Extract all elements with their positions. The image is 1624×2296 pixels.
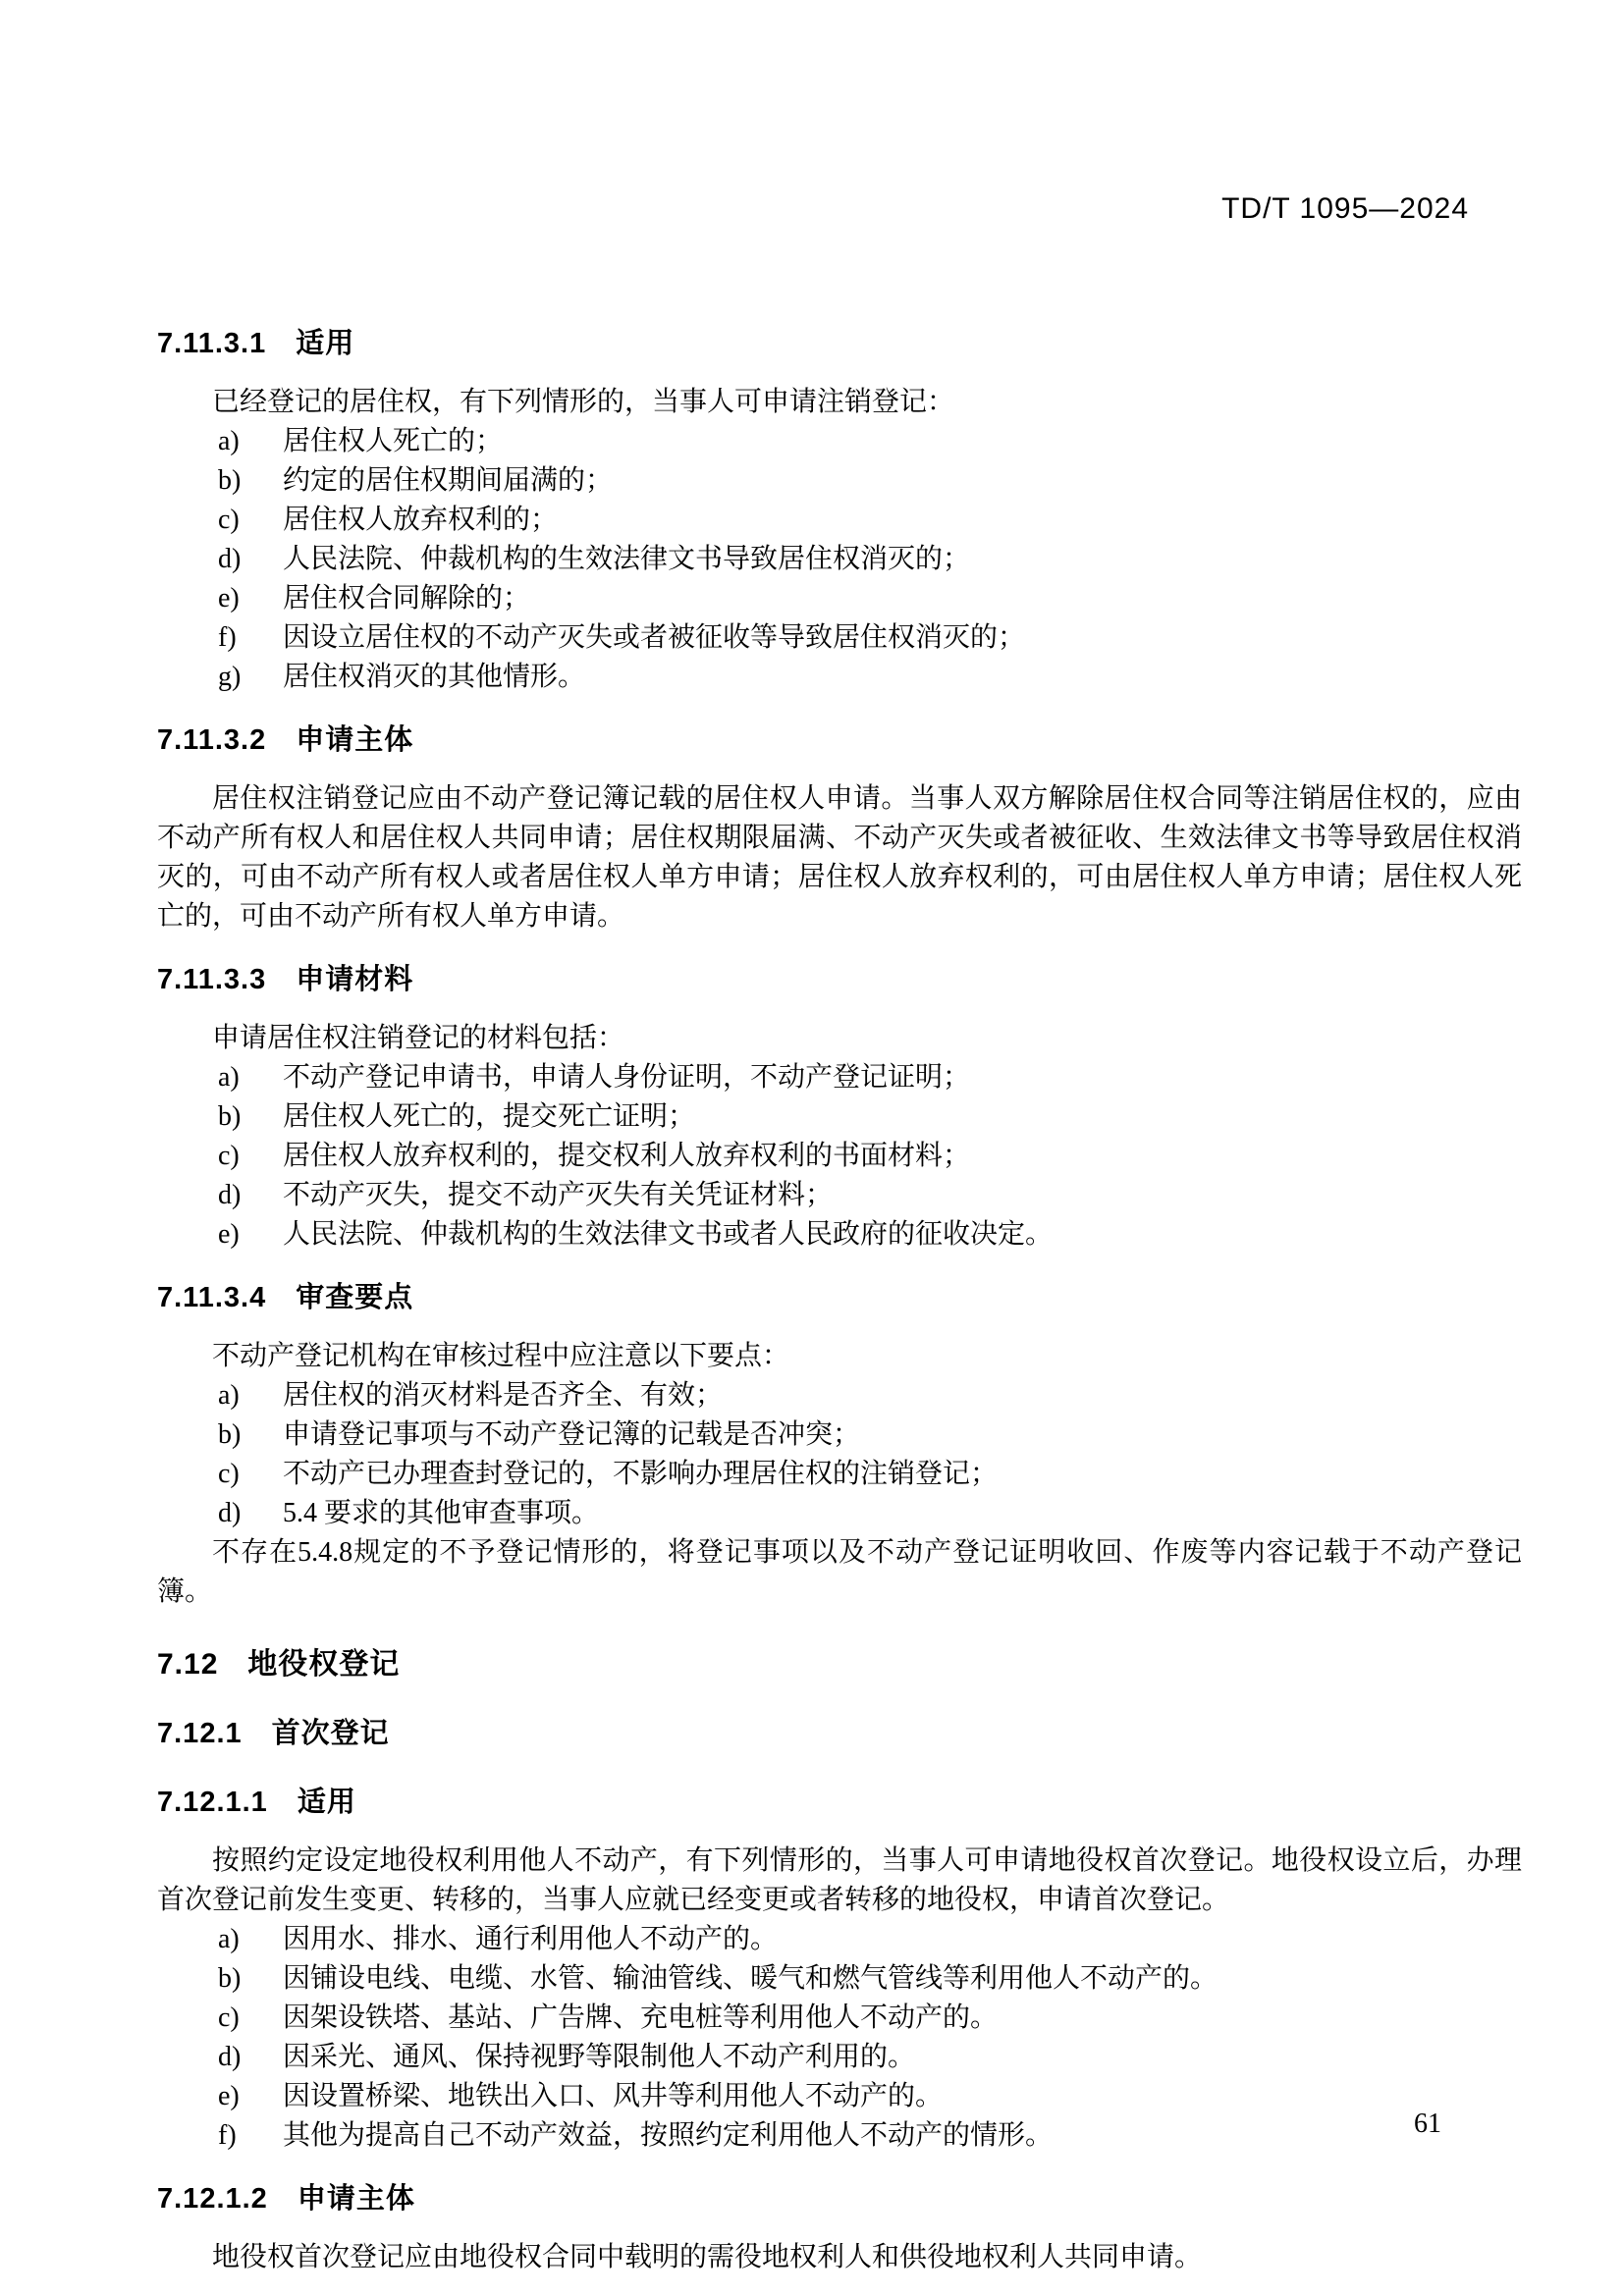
list-text: 因铺设电线、电缆、水管、输油管线、暖气和燃气管线等利用他人不动产的。 (283, 1959, 1522, 1999)
paragraph-easement-intro: 按照约定设定地役权利用他人不动产，有下列情形的，当事人可申请地役权首次登记。地役… (157, 1842, 1522, 1920)
list-cancellation-situations: a)居住权人死亡的； b)约定的居住权期间届满的； c)居住权人放弃权利的； d… (157, 422, 1522, 697)
list-item-b: b)因铺设电线、电缆、水管、输油管线、暖气和燃气管线等利用他人不动产的。 (157, 1959, 1522, 1999)
list-text: 人民法院、仲裁机构的生效法律文书导致居住权消灭的； (283, 540, 1522, 579)
list-marker: b) (218, 461, 283, 501)
section-title: 首次登记 (272, 1718, 390, 1749)
list-text: 不动产已办理查封登记的，不影响办理居住权的注销登记； (283, 1455, 1522, 1494)
list-marker: d) (218, 1494, 283, 1533)
section-heading-7-12: 7.12地役权登记 (157, 1645, 1522, 1684)
section-number: 7.12.1 (157, 1718, 243, 1749)
list-item-c: c)不动产已办理查封登记的，不影响办理居住权的注销登记； (157, 1455, 1522, 1494)
list-marker: c) (218, 501, 283, 540)
list-item-f: f)因设立居住权的不动产灭失或者被征收等导致居住权消灭的； (157, 618, 1522, 658)
section-title: 地役权登记 (247, 1648, 400, 1681)
list-item-a: a)因用水、排水、通行利用他人不动产的。 (157, 1920, 1522, 1959)
list-application-materials: a)不动产登记申请书，申请人身份证明，不动产登记证明； b)居住权人死亡的，提交… (157, 1058, 1522, 1255)
list-marker: a) (218, 1058, 283, 1097)
list-text: 不动产灭失，提交不动产灭失有关凭证材料； (283, 1176, 1522, 1215)
list-text: 5.4 要求的其他审查事项。 (283, 1494, 1522, 1533)
list-item-g: g)居住权消灭的其他情形。 (157, 658, 1522, 697)
list-text: 不动产登记申请书，申请人身份证明，不动产登记证明； (283, 1058, 1522, 1097)
list-marker: g) (218, 658, 283, 697)
section-heading-7-11-3-4: 7.11.3.4审查要点 (157, 1278, 1522, 1317)
section-title: 适用 (296, 328, 354, 359)
list-item-d: d)因采光、通风、保持视野等限制他人不动产利用的。 (157, 2038, 1522, 2077)
list-marker: c) (218, 1999, 283, 2038)
list-item-d: d)5.4 要求的其他审查事项。 (157, 1494, 1522, 1533)
list-item-b: b)申请登记事项与不动产登记簿的记载是否冲突； (157, 1415, 1522, 1455)
section-heading-7-12-1-2: 7.12.1.2申请主体 (157, 2179, 1522, 2218)
paragraph-review-closing: 不存在5.4.8规定的不予登记情形的，将登记事项以及不动产登记证明收回、作废等内… (157, 1533, 1522, 1612)
list-text: 约定的居住权期间届满的； (283, 461, 1522, 501)
section-title: 申请材料 (296, 964, 413, 995)
list-marker: f) (218, 2116, 283, 2156)
page-content: 7.11.3.1适用 已经登记的居住权，有下列情形的，当事人可申请注销登记： a… (157, 324, 1522, 2277)
list-marker: f) (218, 618, 283, 658)
list-item-e: e)因设置桥梁、地铁出入口、风井等利用他人不动产的。 (157, 2077, 1522, 2116)
page-number: 61 (1414, 2109, 1441, 2140)
list-marker: e) (218, 579, 283, 618)
list-item-b: b)约定的居住权期间届满的； (157, 461, 1522, 501)
section-heading-7-12-1-1: 7.12.1.1适用 (157, 1783, 1522, 1822)
list-marker: d) (218, 540, 283, 579)
paragraph-intro-materials: 申请居住权注销登记的材料包括： (157, 1019, 1522, 1058)
list-text: 居住权人死亡的； (283, 422, 1522, 461)
list-item-a: a)不动产登记申请书，申请人身份证明，不动产登记证明； (157, 1058, 1522, 1097)
paragraph-applicant-subject: 居住权注销登记应由不动产登记簿记载的居住权人申请。当事人双方解除居住权合同等注销… (157, 779, 1522, 936)
list-marker: c) (218, 1455, 283, 1494)
list-marker: c) (218, 1137, 283, 1176)
list-item-c: c)居住权人放弃权利的； (157, 501, 1522, 540)
list-item-a: a)居住权人死亡的； (157, 422, 1522, 461)
standard-number-header: TD/T 1095—2024 (1221, 192, 1469, 226)
list-marker: b) (218, 1959, 283, 1999)
section-title: 申请主体 (298, 2183, 415, 2215)
list-marker: e) (218, 2077, 283, 2116)
paragraph-easement-applicant: 地役权首次登记应由地役权合同中载明的需役地权利人和供役地权利人共同申请。 (157, 2238, 1522, 2277)
paragraph-intro-cancellation: 已经登记的居住权，有下列情形的，当事人可申请注销登记： (157, 383, 1522, 422)
list-marker: d) (218, 2038, 283, 2077)
list-text: 居住权合同解除的； (283, 579, 1522, 618)
section-heading-7-11-3-3: 7.11.3.3申请材料 (157, 960, 1522, 999)
list-item-c: c)居住权人放弃权利的，提交权利人放弃权利的书面材料； (157, 1137, 1522, 1176)
list-marker: e) (218, 1215, 283, 1255)
list-item-d: d)不动产灭失，提交不动产灭失有关凭证材料； (157, 1176, 1522, 1215)
section-heading-7-11-3-2: 7.11.3.2申请主体 (157, 721, 1522, 760)
list-item-f: f)其他为提高自己不动产效益，按照约定利用他人不动产的情形。 (157, 2116, 1522, 2156)
section-number: 7.11.3.4 (157, 1282, 266, 1313)
list-easement-situations: a)因用水、排水、通行利用他人不动产的。 b)因铺设电线、电缆、水管、输油管线、… (157, 1920, 1522, 2156)
list-item-b: b)居住权人死亡的，提交死亡证明； (157, 1097, 1522, 1137)
list-text: 因设立居住权的不动产灭失或者被征收等导致居住权消灭的； (283, 618, 1522, 658)
section-title: 审查要点 (296, 1282, 413, 1313)
list-item-d: d)人民法院、仲裁机构的生效法律文书导致居住权消灭的； (157, 540, 1522, 579)
list-text: 居住权人放弃权利的； (283, 501, 1522, 540)
list-item-e: e)人民法院、仲裁机构的生效法律文书或者人民政府的征收决定。 (157, 1215, 1522, 1255)
list-marker: b) (218, 1097, 283, 1137)
section-heading-7-11-3-1: 7.11.3.1适用 (157, 324, 1522, 363)
list-marker: a) (218, 1376, 283, 1415)
list-marker: d) (218, 1176, 283, 1215)
section-title: 申请主体 (296, 724, 413, 756)
section-number: 7.12.1.2 (157, 2183, 268, 2215)
section-heading-7-12-1: 7.12.1首次登记 (157, 1714, 1522, 1753)
section-number: 7.11.3.3 (157, 964, 266, 995)
section-number: 7.12.1.1 (157, 1787, 268, 1818)
list-marker: b) (218, 1415, 283, 1455)
section-number: 7.11.3.1 (157, 328, 266, 359)
section-number: 7.11.3.2 (157, 724, 266, 756)
list-text: 居住权消灭的其他情形。 (283, 658, 1522, 697)
list-item-e: e)居住权合同解除的； (157, 579, 1522, 618)
document-page: TD/T 1095—2024 7.11.3.1适用 已经登记的居住权，有下列情形… (0, 0, 1624, 2296)
list-text: 人民法院、仲裁机构的生效法律文书或者人民政府的征收决定。 (283, 1215, 1522, 1255)
list-text: 居住权人死亡的，提交死亡证明； (283, 1097, 1522, 1137)
paragraph-intro-review: 不动产登记机构在审核过程中应注意以下要点： (157, 1337, 1522, 1376)
section-title: 适用 (298, 1787, 356, 1818)
list-text: 申请登记事项与不动产登记簿的记载是否冲突； (283, 1415, 1522, 1455)
list-text: 居住权的消灭材料是否齐全、有效； (283, 1376, 1522, 1415)
list-text: 居住权人放弃权利的，提交权利人放弃权利的书面材料； (283, 1137, 1522, 1176)
list-review-points: a)居住权的消灭材料是否齐全、有效； b)申请登记事项与不动产登记簿的记载是否冲… (157, 1376, 1522, 1533)
list-item-c: c)因架设铁塔、基站、广告牌、充电桩等利用他人不动产的。 (157, 1999, 1522, 2038)
list-text: 因用水、排水、通行利用他人不动产的。 (283, 1920, 1522, 1959)
list-marker: a) (218, 1920, 283, 1959)
section-number: 7.12 (157, 1648, 218, 1681)
list-text: 其他为提高自己不动产效益，按照约定利用他人不动产的情形。 (283, 2116, 1522, 2156)
list-text: 因架设铁塔、基站、广告牌、充电桩等利用他人不动产的。 (283, 1999, 1522, 2038)
list-text: 因设置桥梁、地铁出入口、风井等利用他人不动产的。 (283, 2077, 1522, 2116)
list-text: 因采光、通风、保持视野等限制他人不动产利用的。 (283, 2038, 1522, 2077)
list-marker: a) (218, 422, 283, 461)
list-item-a: a)居住权的消灭材料是否齐全、有效； (157, 1376, 1522, 1415)
